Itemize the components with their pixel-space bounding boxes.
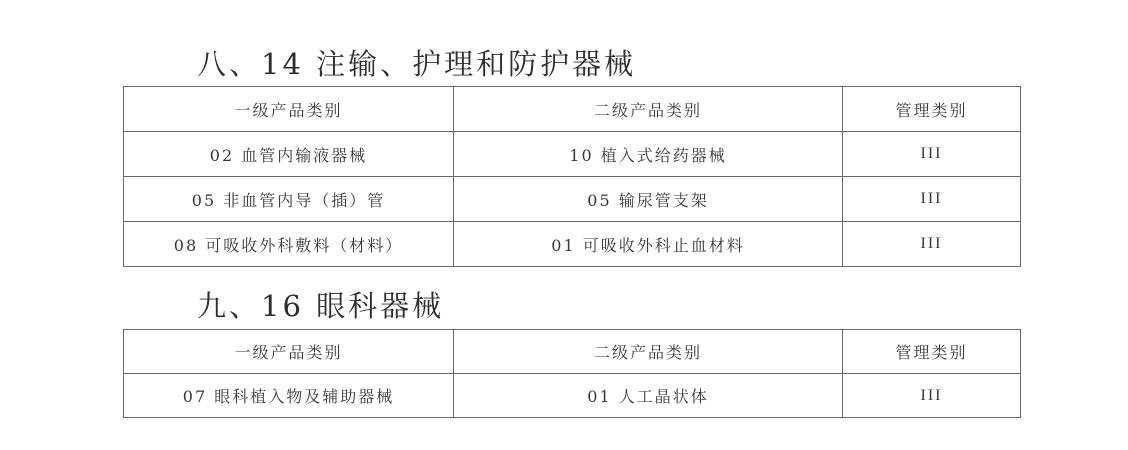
cell-management-class: III xyxy=(843,177,1021,222)
cell-level2-category: 05 输尿管支架 xyxy=(454,177,843,222)
table-row: 07 眼科植入物及辅助器械 01 人工晶状体 III xyxy=(124,374,1021,418)
header-level2-category: 二级产品类别 xyxy=(454,330,843,374)
category-table-injection-nursing-protection: 一级产品类别 二级产品类别 管理类别 02 血管内输液器械 10 植入式给药器械… xyxy=(123,86,1021,267)
cell-management-class: III xyxy=(843,132,1021,177)
header-level1-category: 一级产品类别 xyxy=(124,330,454,374)
header-management-class: 管理类别 xyxy=(843,87,1021,132)
header-management-class: 管理类别 xyxy=(843,330,1021,374)
section-heading-injection-nursing-protection: 八、14 注输、护理和防护器械 xyxy=(197,50,636,79)
table-row: 08 可吸收外科敷料（材料） 01 可吸收外科止血材料 III xyxy=(124,222,1021,267)
cell-level2-category: 10 植入式给药器械 xyxy=(454,132,843,177)
header-level1-category: 一级产品类别 xyxy=(124,87,454,132)
cell-level1-category: 05 非血管内导（插）管 xyxy=(124,177,454,222)
cell-level1-category: 07 眼科植入物及辅助器械 xyxy=(124,374,454,418)
table-header-row: 一级产品类别 二级产品类别 管理类别 xyxy=(124,330,1021,374)
table-row: 05 非血管内导（插）管 05 输尿管支架 III xyxy=(124,177,1021,222)
cell-level1-category: 08 可吸收外科敷料（材料） xyxy=(124,222,454,267)
cell-level2-category: 01 人工晶状体 xyxy=(454,374,843,418)
table-row: 02 血管内输液器械 10 植入式给药器械 III xyxy=(124,132,1021,177)
cell-level2-category: 01 可吸收外科止血材料 xyxy=(454,222,843,267)
header-level2-category: 二级产品类别 xyxy=(454,87,843,132)
cell-management-class: III xyxy=(843,222,1021,267)
table-header-row: 一级产品类别 二级产品类别 管理类别 xyxy=(124,87,1021,132)
cell-level1-category: 02 血管内输液器械 xyxy=(124,132,454,177)
section-heading-ophthalmic-devices: 九、16 眼科器械 xyxy=(197,292,444,321)
cell-management-class: III xyxy=(843,374,1021,418)
category-table-ophthalmic-devices: 一级产品类别 二级产品类别 管理类别 07 眼科植入物及辅助器械 01 人工晶状… xyxy=(123,329,1021,418)
